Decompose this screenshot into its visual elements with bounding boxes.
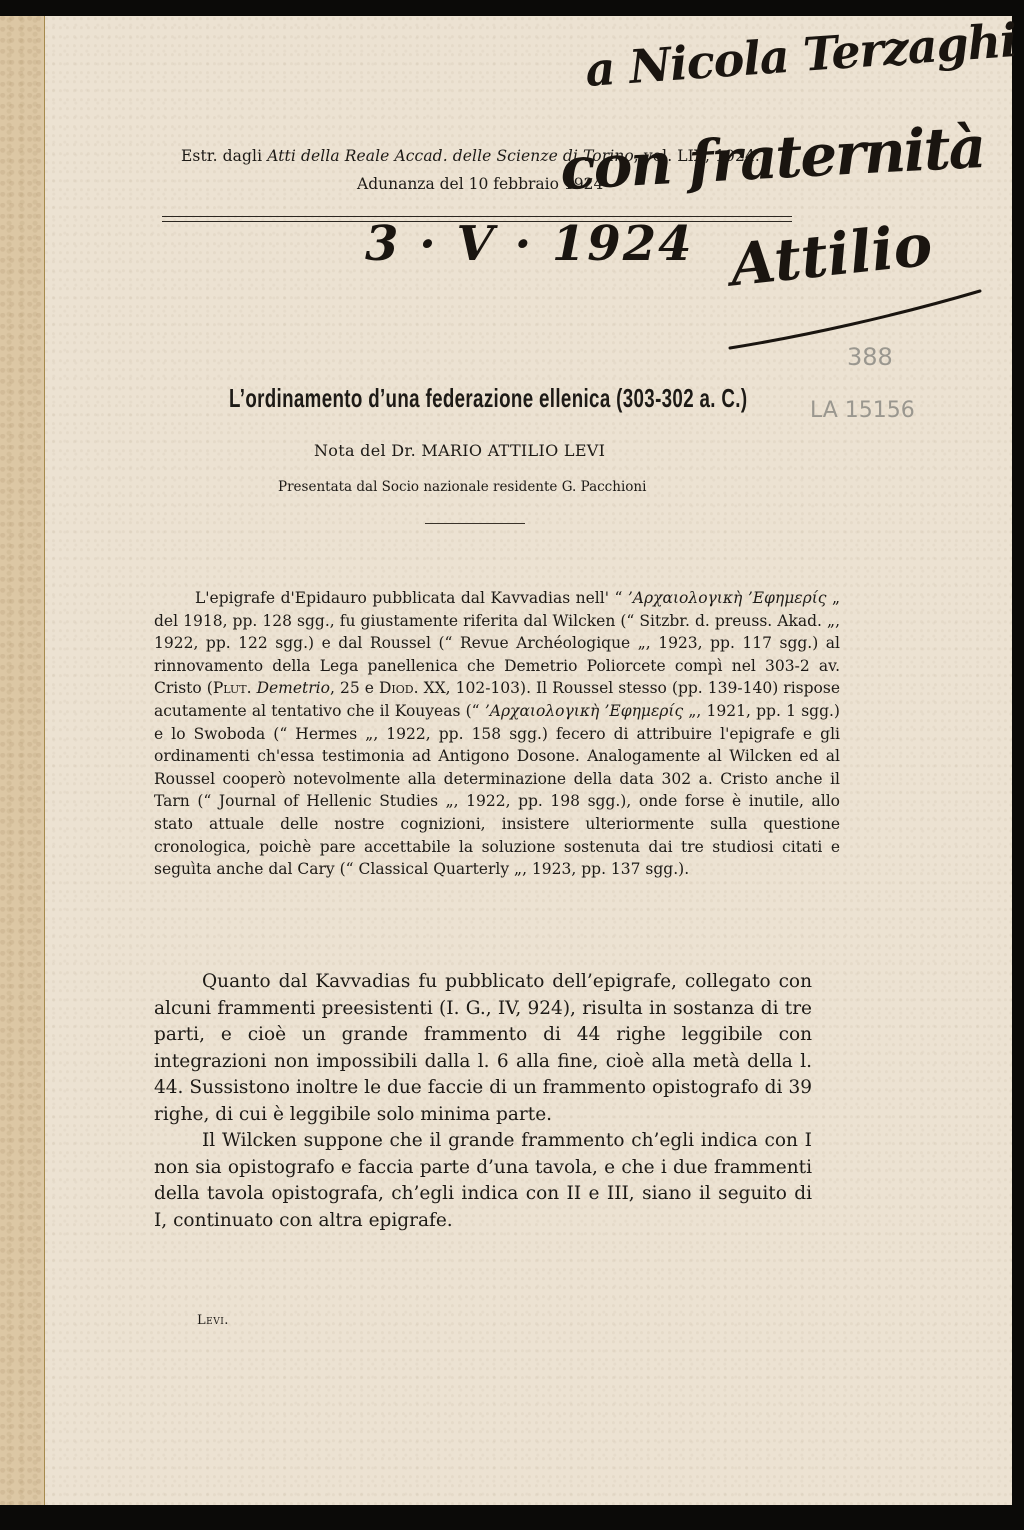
abstract-text: L'epigrafe d'Epidauro pubblicata dal Kav… [195,589,628,607]
abstract-paragraph: L'epigrafe d'Epidauro pubblicata dal Kav… [154,587,840,881]
body-paragraph: Il Wilcken suppone che il grande frammen… [154,1128,812,1234]
document-page: Estr. dagli Atti della Reale Accad. dell… [45,16,1012,1505]
pencil-shelf-number: 388 [847,343,893,371]
handwritten-date: 3 · V · 1924 [365,216,694,272]
section-divider [425,523,525,524]
author-byline: Nota del Dr. MARIO ATTILIO LEVI [314,441,605,460]
work-title: Demetrio [257,679,330,697]
body-paragraph: Quanto dal Kavvadias fu pubblicato dell’… [154,969,812,1128]
greek-journal-title: ’Αρχαιολογικὴ ’Εφημερίς [628,589,827,607]
pencil-catalog-code: LA 15156 [810,398,915,423]
printed-signature: Levi. [197,1313,229,1328]
greek-journal-title: ’Αρχαιολογικὴ ’Εφημερίς [485,702,683,720]
author-abbrev: Diod. [379,679,419,697]
abstract-text: „, 1921, pp. 1 sgg.) e lo Swoboda (“ Her… [154,702,840,878]
handwritten-dedication: a Nicola Terzaghi [584,13,1019,97]
article-title: L’ordinamento d’una federazione ellenica… [229,383,848,414]
author-abbrev: Plut. [213,679,252,697]
article-body: Quanto dal Kavvadias fu pubblicato dell’… [154,969,812,1234]
handwritten-fraternity: con fraternità [559,113,986,203]
abstract-text: , 25 e [330,679,379,697]
presented-by-line: Presentata dal Socio nazionale residente… [278,479,646,495]
adjacent-page-edge [0,16,46,1505]
source-prefix: Estr. dagli [181,147,267,165]
